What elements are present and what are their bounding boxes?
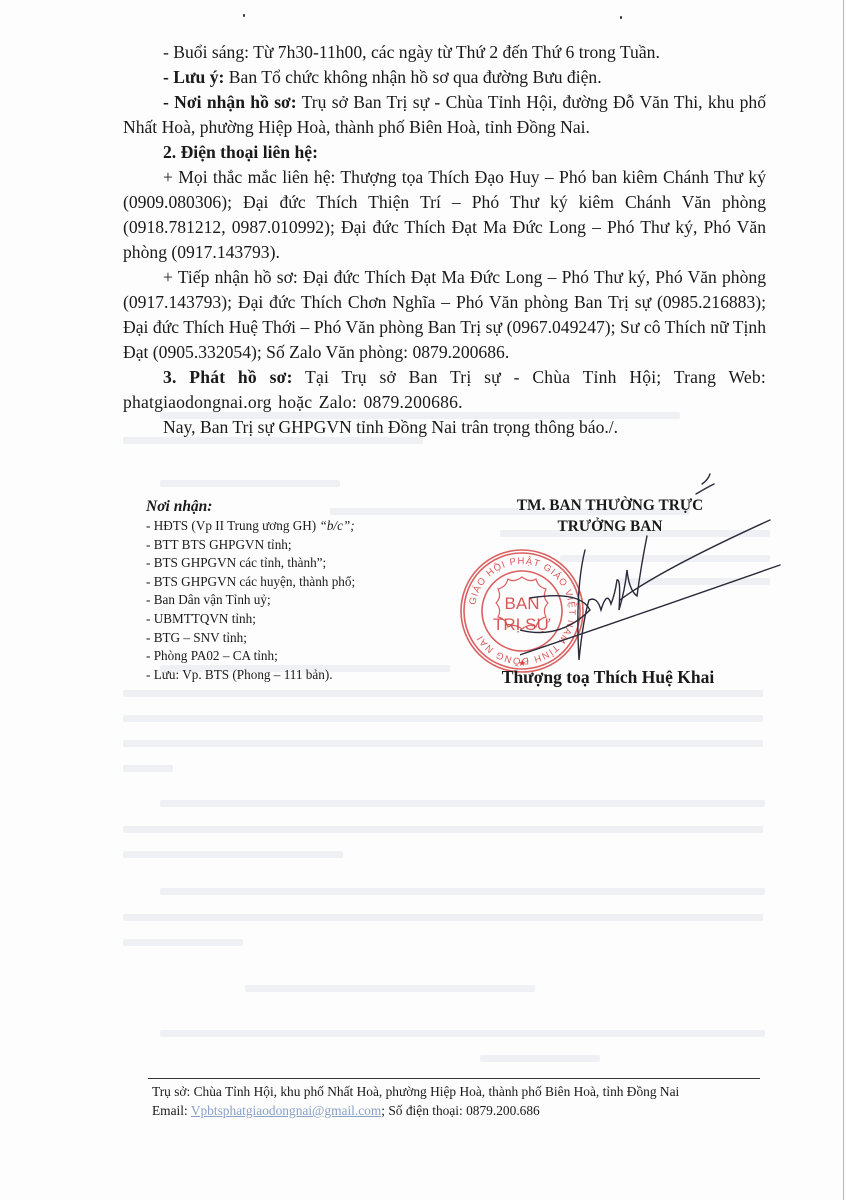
scan-speck: [243, 14, 245, 17]
recipient-item: - BTG – SNV tỉnh;: [146, 629, 446, 648]
footer-divider: [148, 1078, 760, 1079]
note-label: - Lưu ý:: [163, 67, 224, 87]
page-edge: [843, 0, 844, 1200]
section-3-label: 3. Phát hồ sơ:: [163, 367, 293, 387]
recipient-item: - Phòng PA02 – CA tỉnh;: [146, 647, 446, 666]
handwritten-signature-icon: [520, 470, 790, 700]
contact-questions: + Mọi thắc mắc liên hệ: Thượng tọa Thích…: [123, 165, 766, 265]
receive-label: - Nơi nhận hồ sơ:: [163, 92, 297, 112]
recipient-item: - HĐTS (Vp II Trung ương GH) “b/c”;: [146, 517, 446, 536]
document-body: - Buổi sáng: Từ 7h30-11h00, các ngày từ …: [123, 40, 766, 440]
recipient-item: - BTT BTS GHPGVN tỉnh;: [146, 536, 446, 555]
morning-hours: - Buổi sáng: Từ 7h30-11h00, các ngày từ …: [123, 40, 766, 65]
footer-phone: ; Số điện thoại: 0879.200.686: [381, 1103, 539, 1118]
recipient-item: - BTS GHPGVN các huyện, thành phố;: [146, 573, 446, 592]
recipients-title: Nơi nhận:: [146, 497, 446, 517]
section-3: 3. Phát hồ sơ: Tại Trụ sở Ban Trị sự - C…: [123, 365, 766, 415]
footer: Trụ sở: Chùa Tỉnh Hội, khu phố Nhất Hoà,…: [152, 1082, 772, 1120]
contact-intake: + Tiếp nhận hồ sơ: Đại đức Thích Đạt Ma …: [123, 265, 766, 365]
recipient-item: - UBMTTQVN tỉnh;: [146, 610, 446, 629]
recipient-item: - Lưu: Vp. BTS (Phong – 111 bản).: [146, 666, 446, 685]
email-label: Email:: [152, 1103, 191, 1118]
signer-name: Thượng toạ Thích Huệ Khai: [478, 667, 738, 688]
scan-speck: [620, 16, 622, 19]
recipients-list: Nơi nhận: - HĐTS (Vp II Trung ương GH) “…: [146, 497, 446, 684]
footer-address: Trụ sở: Chùa Tỉnh Hội, khu phố Nhất Hoà,…: [152, 1082, 772, 1101]
closing-statement: Nay, Ban Trị sự GHPGVN tỉnh Đồng Nai trâ…: [123, 415, 766, 440]
receive-location: - Nơi nhận hồ sơ: Trụ sở Ban Trị sự - Ch…: [123, 90, 766, 140]
note-text: Ban Tổ chức không nhận hồ sơ qua đường B…: [224, 67, 601, 87]
footer-contact: Email: Vpbtsphatgiaodongnai@gmail.com; S…: [152, 1101, 772, 1120]
section-2-heading: 2. Điện thoại liên hệ:: [123, 140, 766, 165]
email-link[interactable]: Vpbtsphatgiaodongnai@gmail.com: [191, 1103, 381, 1118]
recipient-text: - HĐTS (Vp II Trung ương GH): [146, 518, 319, 533]
note-line: - Lưu ý: Ban Tổ chức không nhận hồ sơ qu…: [123, 65, 766, 90]
recipient-item: - BTS GHPGVN các tỉnh, thành”;: [146, 554, 446, 573]
recipient-item: - Ban Dân vận Tỉnh uỷ;: [146, 591, 446, 610]
recipient-note: “b/c”;: [319, 518, 354, 533]
